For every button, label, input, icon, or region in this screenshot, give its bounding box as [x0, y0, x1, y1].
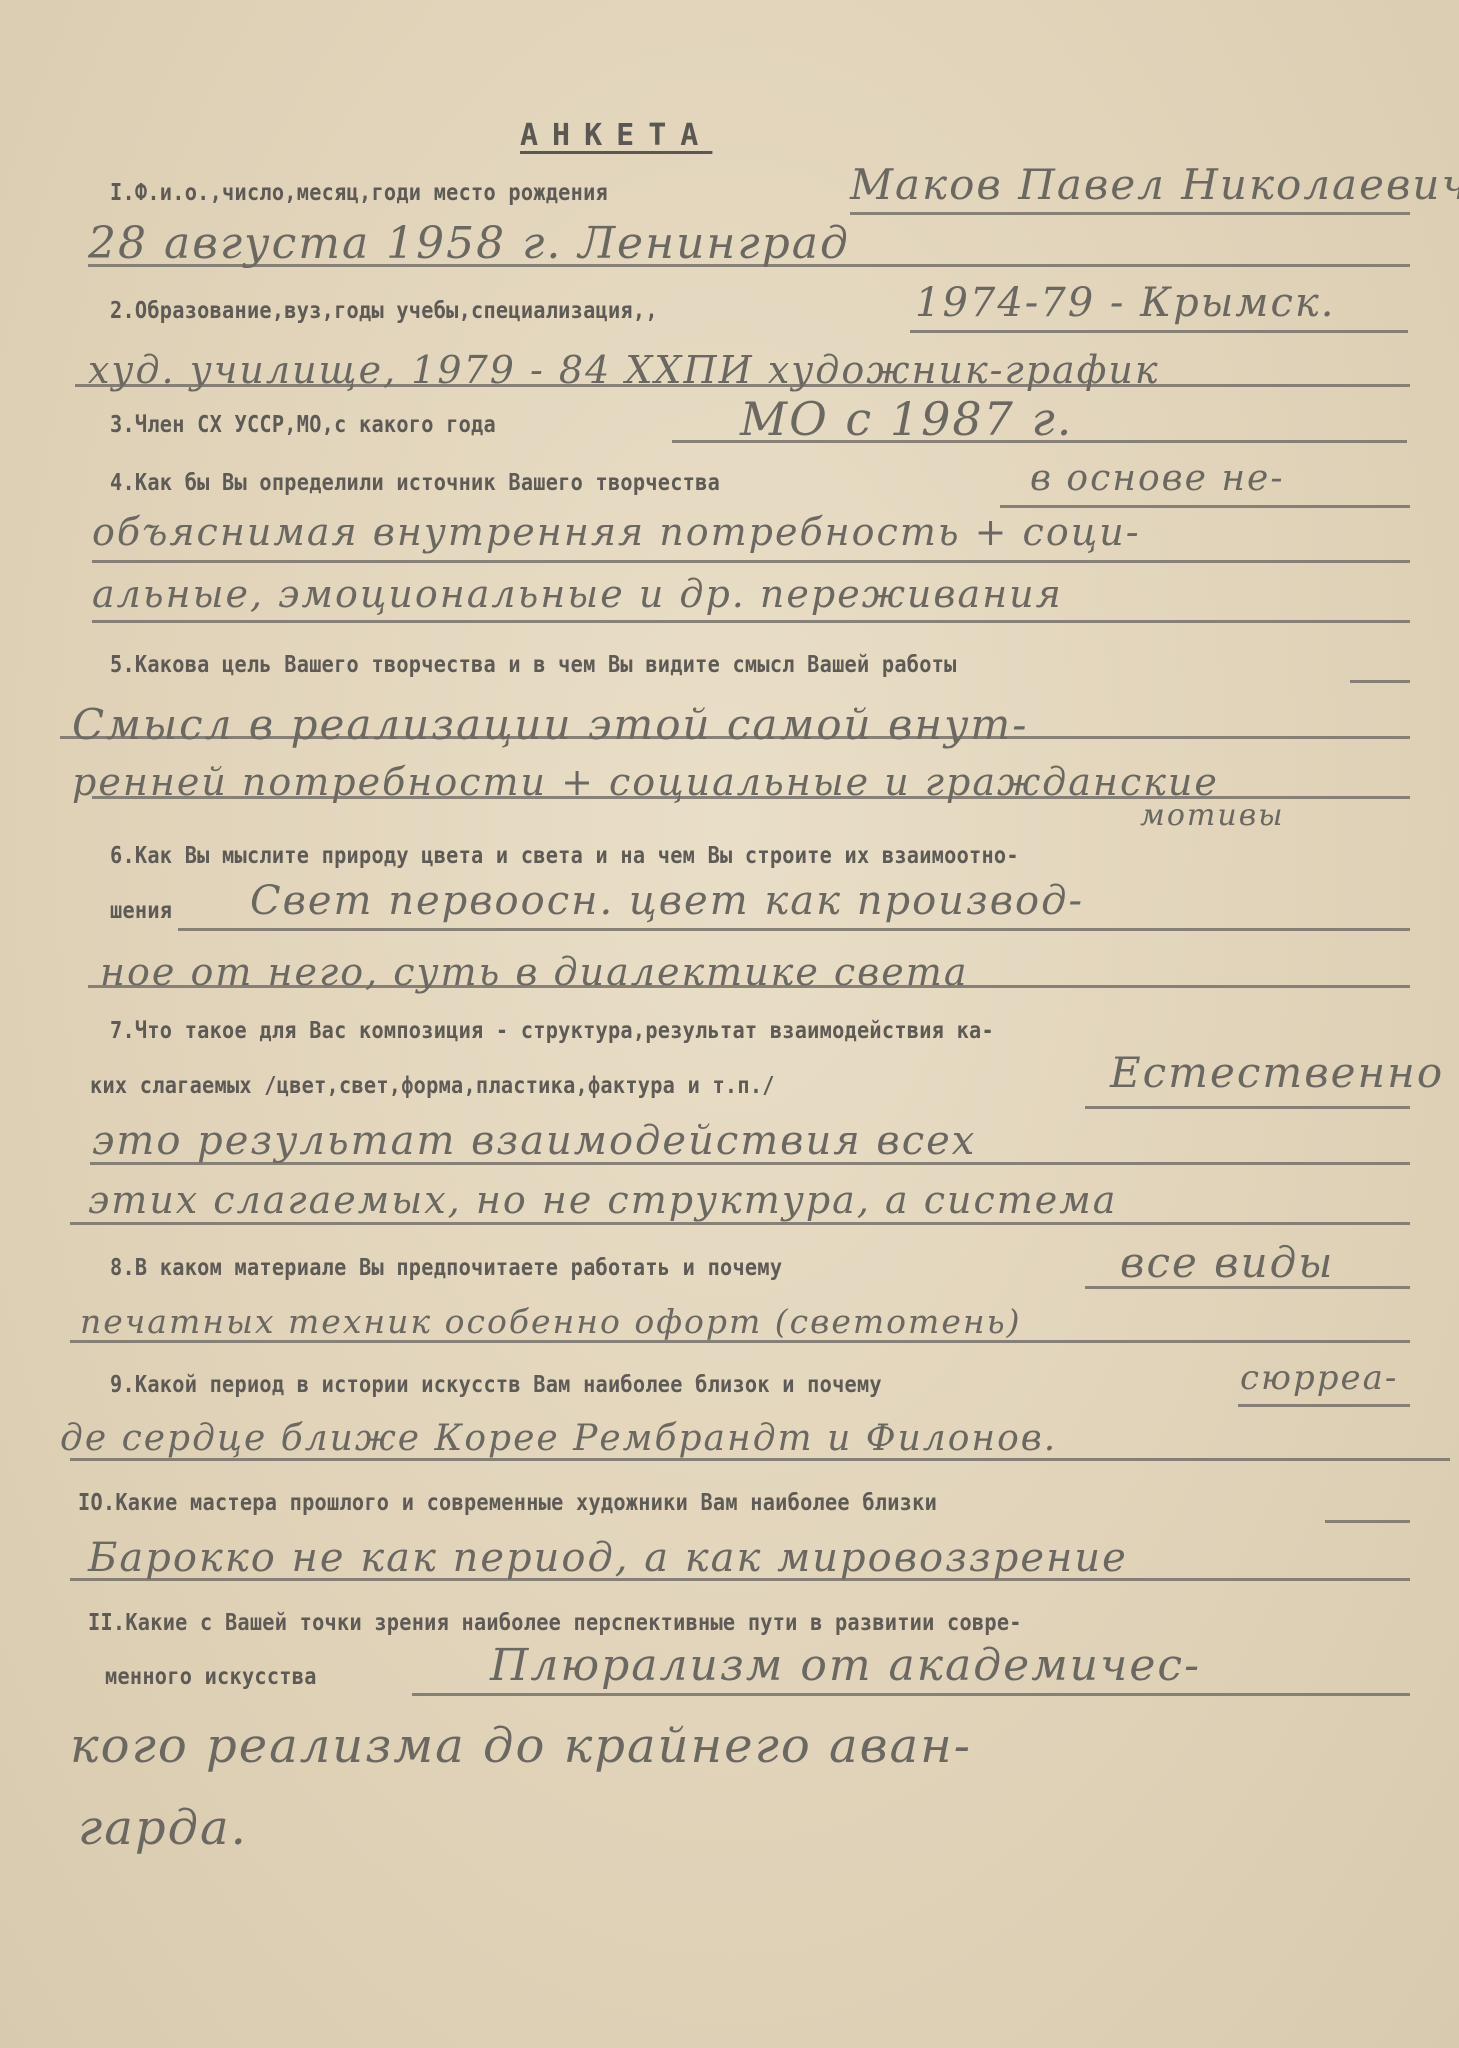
answer-line [1238, 1404, 1410, 1407]
answer-11-line-2: кого реализма до крайнего аван- [70, 1718, 972, 1774]
form-title: АНКЕТА [520, 118, 712, 153]
answer-10: Барокко не как период, а как мировоззрен… [88, 1535, 1128, 1581]
answer-4-line-3: альные, эмоциональные и др. переживания [92, 572, 1063, 616]
answer-5-line-3: мотивы [1140, 798, 1285, 833]
answer-line [1085, 1106, 1410, 1109]
answer-line [60, 736, 1410, 739]
answer-line [70, 1340, 1410, 1343]
answer-7-line-2: это результат взаимодействия всех [92, 1118, 976, 1164]
answer-2-line-1: 1974-79 - Крымск. [915, 280, 1335, 326]
answer-line [70, 1458, 1450, 1461]
answer-6-line-1: Свет первоосн. цвет как производ- [250, 878, 1084, 924]
answer-line [672, 440, 1407, 443]
question-10: IO.Какие мастера прошлого и современные … [78, 1490, 937, 1516]
answer-line [90, 1162, 1410, 1165]
question-7-continued: ких слагаемых /цвет,свет,форма,пластика,… [90, 1073, 775, 1099]
question-11: II.Какие с Вашей точки зрения наиболее п… [88, 1610, 1022, 1636]
answer-line [1085, 1286, 1410, 1289]
answer-line [92, 620, 1410, 623]
answer-line [70, 1578, 1410, 1581]
question-8: 8.В каком материале Вы предпочитаете раб… [110, 1255, 782, 1281]
answer-7-line-3: этих слагаемых, но не структура, а систе… [88, 1178, 1117, 1222]
answer-11-line-3: гарда. [78, 1800, 248, 1856]
answer-7-line-1: Естественно [1110, 1048, 1444, 1097]
question-3: 3.Член СХ УССР,МО,с какого года [110, 412, 496, 438]
question-1: I.Ф.и.о.,число,месяц,годи место рождения [110, 180, 608, 206]
answer-line [850, 212, 1410, 215]
answer-4-line-1: в основе не- [1030, 458, 1285, 499]
answer-5-line-1: Смысл в реализации этой самой внут- [72, 700, 1028, 749]
answer-line [178, 928, 1410, 931]
answer-3: МО с 1987 г. [740, 392, 1073, 446]
answer-1-line-2: 28 августа 1958 г. Ленинград [88, 218, 850, 269]
question-6: 6.Как Вы мыслите природу цвета и света и… [110, 843, 1019, 869]
question-6-continued: шения [110, 898, 172, 924]
answer-line [88, 985, 1410, 988]
question-5: 5.Какова цель Вашего творчества и в чем … [110, 652, 957, 678]
answer-1-line-1: Маков Павел Николаевич [850, 160, 1459, 209]
question-2: 2.Образование,вуз,годы учебы,специализац… [110, 298, 658, 324]
answer-line [70, 1222, 1410, 1225]
answer-line [92, 560, 1410, 563]
question-11-continued: менного искусства [105, 1664, 317, 1690]
answer-line [1000, 505, 1410, 508]
question-9: 9.Какой период в истории искусств Вам на… [110, 1372, 882, 1398]
answer-line [1350, 680, 1410, 683]
answer-8-line-2: печатных техник особенно офорт (светотен… [80, 1302, 1021, 1341]
answer-line [75, 384, 1410, 387]
answer-line [88, 264, 1410, 267]
answer-line [412, 1693, 1410, 1696]
question-7: 7.Что такое для Вас композиция - структу… [110, 1018, 994, 1044]
answer-11-line-1: Плюрализм от академичес- [490, 1640, 1201, 1691]
answer-9-line-1: сюрреа- [1240, 1358, 1398, 1398]
answer-4-line-2: объяснимая внутренняя потребность + соци… [92, 510, 1141, 554]
question-4: 4.Как бы Вы определили источник Вашего т… [110, 470, 720, 496]
answer-9-line-2: де сердце ближе Корее Рембрандт и Филоно… [60, 1418, 1057, 1459]
answer-line [1325, 1520, 1410, 1523]
answer-8-line-1: все виды [1120, 1238, 1335, 1287]
answer-line [910, 330, 1408, 333]
